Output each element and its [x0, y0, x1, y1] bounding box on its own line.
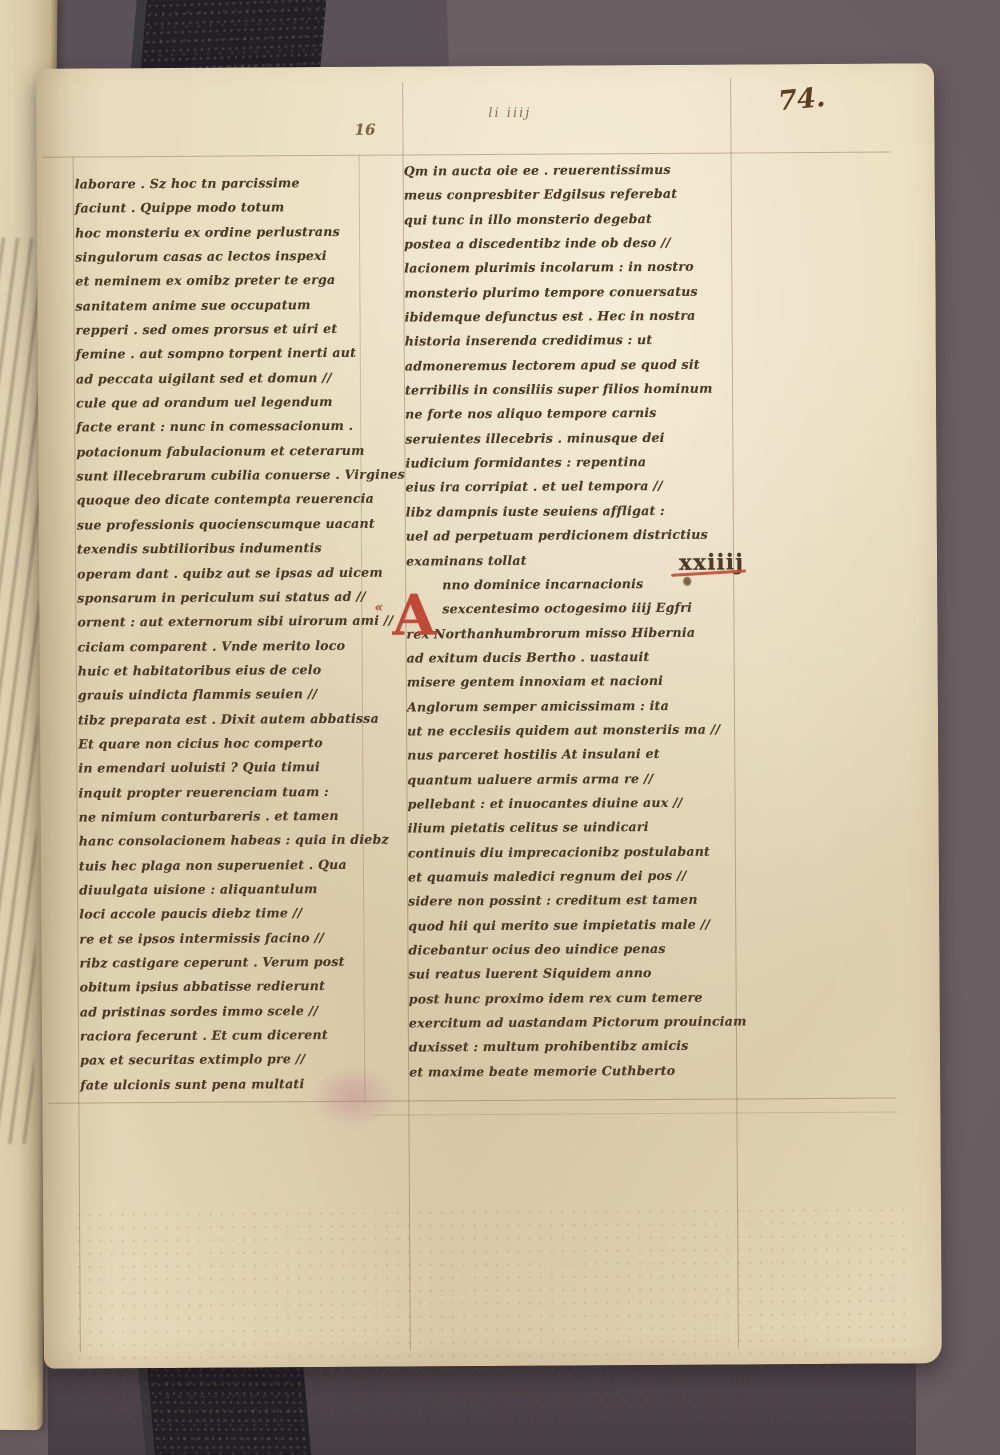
text-line: texendis subtilioribus indumentis: [77, 536, 406, 562]
text-line: Et quare non cicius hoc comperto: [78, 730, 407, 756]
text-line: quoque deo dicate contempta reuerencia: [77, 487, 406, 513]
text-line: iudicium formidantes : repentina: [405, 450, 743, 476]
text-line: ciciam comparent . Vnde merito loco: [77, 633, 406, 659]
text-line: singulorum casas ac lectos inspexi: [75, 244, 404, 270]
text-line: ne nimium conturbareris . et tamen: [79, 803, 408, 829]
text-line: loci accole paucis diebz time //: [79, 901, 408, 927]
text-line: lacionem plurimis incolarum : in nostro: [404, 255, 742, 281]
ruling-horizontal-top: [43, 152, 891, 158]
text-line: admoneremus lectorem apud se quod sit: [405, 352, 743, 378]
text-line: meus conpresbiter Edgilsus referebat: [404, 182, 742, 208]
text-line: duxisset : multum prohibentibz amicis: [409, 1034, 747, 1060]
text-line: ibidemque defunctus est . Hec in nostra: [404, 304, 742, 330]
text-line: diuulgata uisione : aliquantulum: [79, 876, 408, 902]
text-line: ornent : aut externorum sibi uirorum ami…: [77, 609, 406, 635]
text-line: uel ad perpetuam perdicionem districtius: [406, 523, 744, 549]
manuscript-photo: 74. 16 li iiij laborare . Sz hoc tn parc…: [0, 0, 1000, 1455]
text-line: ut ne ecclesiis quidem aut monsteriis ma…: [407, 717, 745, 743]
text-line: inquit propter reuerenciam tuam :: [78, 779, 407, 805]
text-line: obitum ipsius abbatisse redierunt: [80, 974, 409, 1000]
text-line: ad exitum ducis Bertho . uastauit: [407, 644, 745, 670]
text-line: facte erant : nunc in comessacionum .: [76, 414, 405, 440]
rubricated-initial: A: [392, 587, 436, 643]
text-lines-left: laborare . Sz hoc tn parcissimefaciunt .…: [75, 171, 409, 1098]
text-line: huic et habitatoribus eius de celo: [78, 657, 407, 683]
text-line: sponsarum in periculum sui status ad //: [77, 584, 406, 610]
text-line: sidere non possint : creditum est tamen: [408, 888, 746, 914]
text-line: seruientes illecebris . minusque dei: [405, 425, 743, 451]
text-line: continuis diu imprecacionibz postulabant: [408, 839, 746, 865]
text-column-right: Qm in aucta oie ee . reuerentissimusmeus…: [404, 157, 744, 159]
text-line: repperi . sed omes prorsus et uiri et: [76, 317, 405, 343]
text-line: quod hii qui merito sue impietatis male …: [408, 912, 746, 938]
text-line: operam dant . quibz aut se ipsas ad uice…: [77, 560, 406, 586]
text-line: re et se ipsos intermissis facino //: [79, 925, 408, 951]
text-line: ad peccata uigilant sed et domun //: [76, 365, 405, 391]
text-line: potacionum fabulacionum et ceterarum: [76, 438, 405, 464]
chapter-number-rubricated: xxiiij: [679, 549, 744, 575]
text-line: quantum ualuere armis arma re //: [407, 766, 745, 792]
text-line: monsterio plurimo tempore conuersatus: [404, 279, 742, 305]
text-line: rex Northanhumbrorum misso Hibernia: [406, 620, 744, 646]
text-line: ribz castigare ceperunt . Verum post: [79, 950, 408, 976]
text-line: terribilis in consiliis super filios hom…: [405, 377, 743, 403]
text-line: sanitatem anime sue occupatum: [75, 292, 404, 318]
text-line: grauis uindicta flammis seuien //: [78, 682, 407, 708]
ruling-horizontal-bottom: [48, 1098, 896, 1104]
text-line: post hunc proximo idem rex cum temere: [409, 985, 747, 1011]
text-line: misere gentem innoxiam et nacioni: [407, 669, 745, 695]
text-line: et maxime beate memorie Cuthberto: [409, 1058, 747, 1084]
text-line: sue professionis quocienscumque uacant: [77, 511, 406, 537]
text-line: sui reatus luerent Siquidem anno: [409, 961, 747, 987]
text-line: historia inserenda credidimus : ut: [405, 328, 743, 354]
text-line: laborare . Sz hoc tn parcissime: [75, 171, 404, 197]
text-line: faciunt . Quippe modo totum: [75, 195, 404, 221]
text-line: hoc monsteriu ex ordine perlustrans: [75, 219, 404, 245]
pink-stain: [310, 1065, 396, 1130]
text-line: ne forte nos aliquo tempore carnis: [405, 401, 743, 427]
text-line: sexcentesimo octogesimo iiij Egfri: [406, 596, 744, 622]
text-line: raciora fecerunt . Et cum dicerent: [80, 1023, 409, 1049]
text-line: femine . aut sompno torpent inerti aut: [76, 341, 405, 367]
text-line: et neminem ex omibz preter te erga: [75, 268, 404, 294]
text-line: ilium pietatis celitus se uindicari: [408, 815, 746, 841]
header-annotation: li iiij: [488, 106, 531, 121]
text-line: in emendari uoluisti ? Quia timui: [78, 755, 407, 781]
text-line: pellebant : et inuocantes diuine aux //: [407, 790, 745, 816]
text-line: cule que ad orandum uel legendum: [76, 390, 405, 416]
text-line: qui tunc in illo monsterio degebat: [404, 206, 742, 232]
text-line: libz dampnis iuste seuiens affligat :: [406, 498, 744, 524]
text-line: dicebantur ocius deo uindice penas: [408, 936, 746, 962]
text-column-left: laborare . Sz hoc tn parcissimefaciunt .…: [75, 171, 367, 173]
parchment-speckles: [73, 1203, 914, 1423]
folio-number: 74.: [777, 82, 827, 117]
text-line: hanc consolacionem habeas : quia in dieb…: [79, 828, 408, 854]
text-line: tuis hec plaga non superueniet . Qua: [79, 852, 408, 878]
quire-mark: 16: [354, 121, 375, 139]
text-line: tibz preparata est . Dixit autem abbatis…: [78, 706, 407, 732]
facing-page-text-blur: [0, 238, 43, 1144]
text-line: exercitum ad uastandam Pictorum prouinci…: [409, 1009, 747, 1035]
text-line: Anglorum semper amicissimam : ita: [407, 693, 745, 719]
text-line: eius ira corripiat . et uel tempora //: [406, 474, 744, 500]
text-line: sunt illecebrarum cubilia conuerse . Vir…: [76, 463, 405, 489]
text-line: ad pristinas sordes immo scele //: [80, 998, 409, 1024]
text-lines-right: Qm in aucta oie ee . reuerentissimusmeus…: [404, 157, 747, 1084]
text-line: Qm in aucta oie ee . reuerentissimus: [404, 157, 742, 183]
text-line: postea a discedentibz inde ob deso //: [404, 230, 742, 256]
text-line: et quamuis maledici regnum dei pos //: [408, 863, 746, 889]
text-line: nus parceret hostilis At insulani et: [407, 742, 745, 768]
manuscript-page: 74. 16 li iiij laborare . Sz hoc tn parc…: [36, 63, 942, 1368]
ruling-horizontal-bottom-faint: [372, 1112, 896, 1116]
red-paragraph-mark: «: [374, 600, 383, 616]
ink-blot: [683, 577, 691, 586]
